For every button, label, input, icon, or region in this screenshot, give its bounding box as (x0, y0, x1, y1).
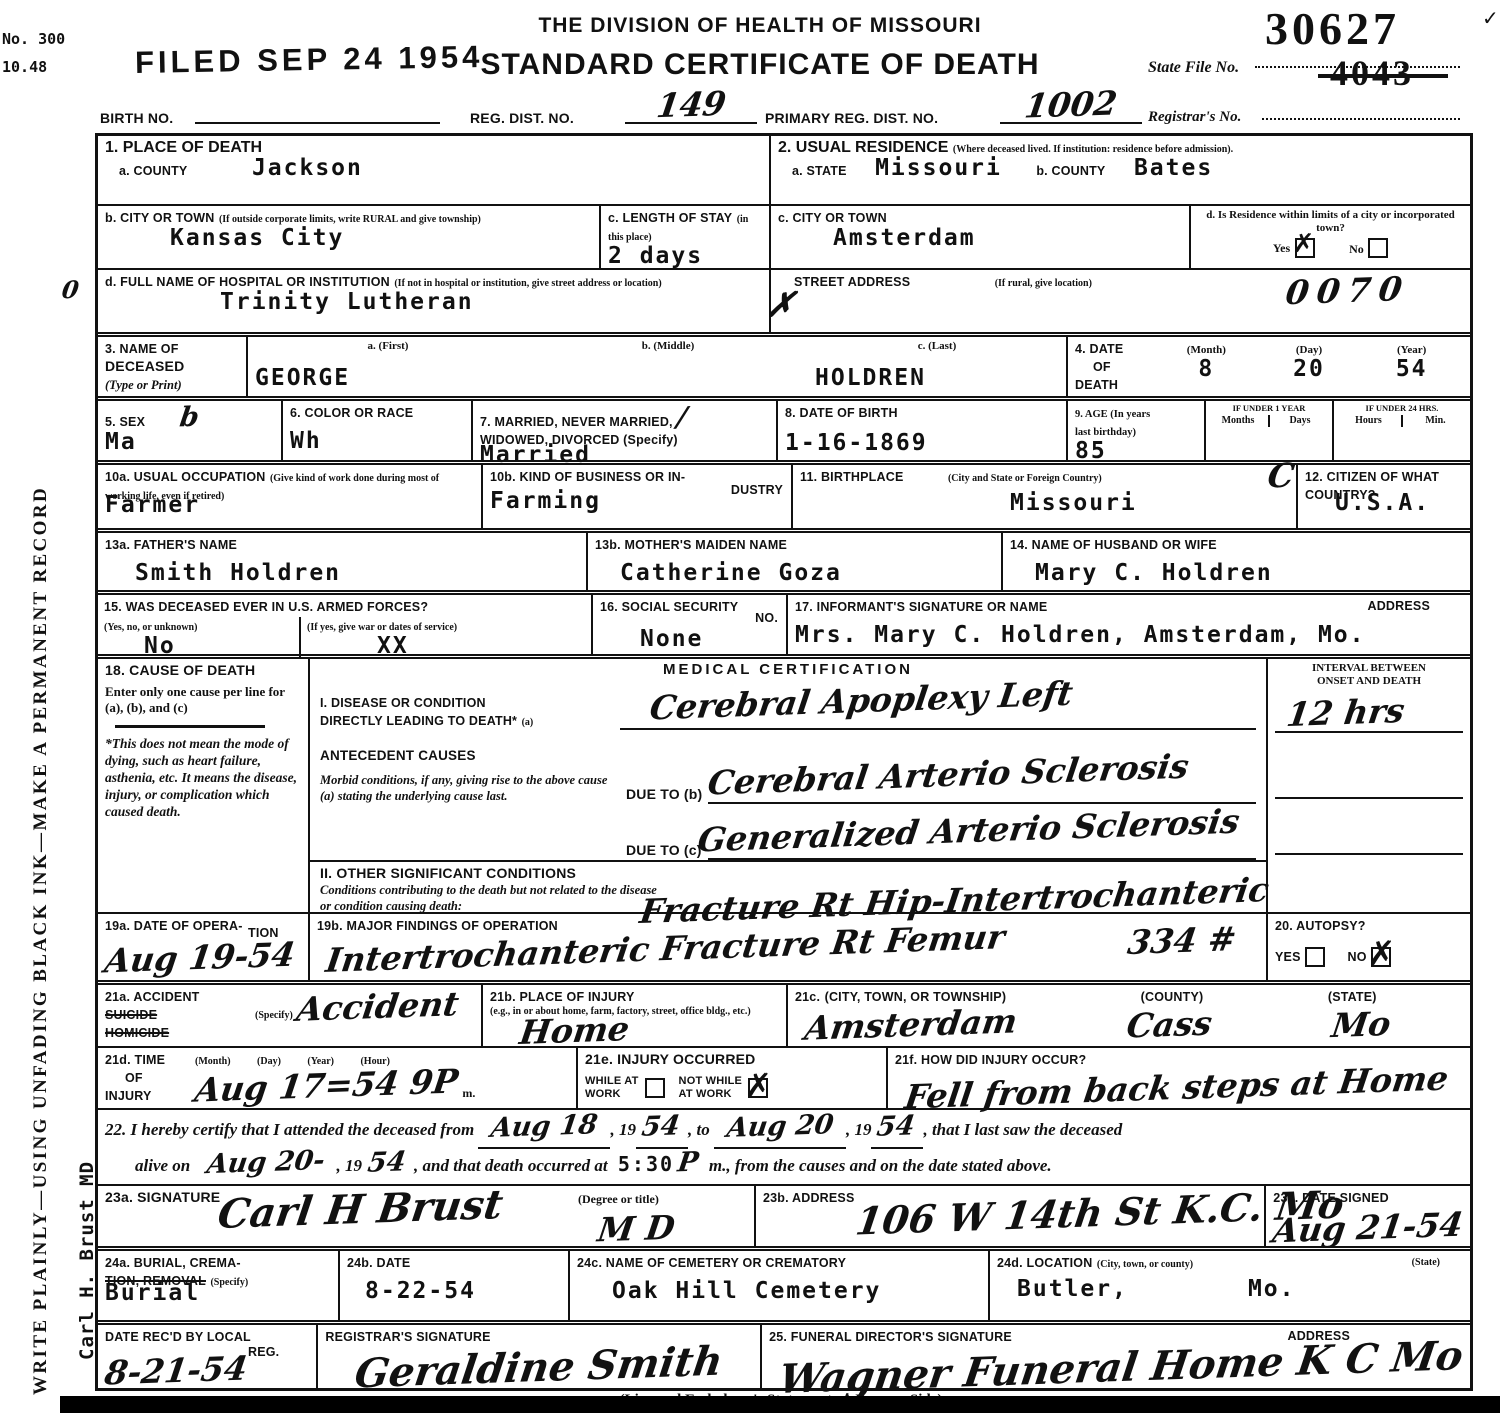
field-last-name: c. (Last) HOLDREN (808, 337, 1068, 396)
department-title: THE DIVISION OF HEALTH OF MISSOURI (500, 14, 1020, 38)
state-file-old-number: 4043 (1330, 52, 1414, 94)
residence-state-value: Missouri (875, 155, 1002, 181)
usual-residence-title: 2. USUAL RESIDENCE (778, 139, 948, 156)
birthplace-value: Missouri (1010, 492, 1289, 515)
margin-stray-mark: 0 (60, 278, 80, 303)
race-value: Wh (290, 430, 322, 453)
father-name-value: Smith Holdren (135, 562, 579, 585)
field-informant: 17. INFORMANT'S SIGNATURE OR NAME ADDRES… (788, 595, 1470, 654)
field-marital-status: 7. MARRIED, NEVER MARRIED, / WIDOWED, DI… (473, 401, 778, 460)
field-date-signed: 23c. DATE SIGNED Aug 21-54 (1266, 1186, 1470, 1246)
field-color-or-race: 6. COLOR OR RACE Wh (283, 401, 473, 460)
field-date-of-birth: 8. DATE OF BIRTH 1-16-1869 (778, 401, 1068, 460)
registrar-no-dotline (1262, 104, 1460, 120)
field-usual-occupation: 10a. USUAL OCCUPATION (Give kind of work… (98, 465, 483, 528)
field-residence-city: c. CITY OR TOWN Amsterdam (771, 206, 1191, 268)
operation-date-value: Aug 19-54 (103, 938, 297, 978)
field-time-of-injury: 21d. TIME OF INJURY (Month) (Day) (Year)… (98, 1048, 578, 1108)
cemetery-city-value: Butler, (1017, 1278, 1128, 1301)
field-place-of-injury: 21b. PLACE OF INJURY (e.g., in or about … (483, 985, 788, 1046)
death-time-ampm: P (676, 1149, 700, 1177)
armed-forces-war-value: XX (377, 635, 591, 658)
primary-reg-label: PRIMARY REG. DIST. NO. (765, 110, 938, 126)
field-cause-of-death-notes: 18. CAUSE OF DEATH Enter only one cause … (98, 659, 310, 912)
field-date-of-death: 4. DATE OF DEATH (Month) 8 (Day) 20 (Yea… (1068, 337, 1470, 396)
field-medical-certification: MEDICAL CERTIFICATION I. DISEASE OR COND… (310, 659, 1268, 912)
place-of-death-title: 1. PLACE OF DEATH (105, 139, 262, 156)
degree-value: M D (596, 1211, 677, 1247)
death-city-value: Kansas City (170, 225, 344, 251)
death-month-value: 8 (1155, 358, 1258, 381)
check-mark: ✓ (1482, 6, 1499, 30)
margin-instruction: WRITE PLAINLY—USING UNFADING BLACK INK—M… (30, 486, 52, 1395)
age-value: 85 (1075, 438, 1107, 464)
residence-county-value: Bates (1134, 155, 1213, 181)
field-sex: 5. SEX b Ma (98, 401, 283, 460)
reg-dist-value: 149 (625, 88, 757, 124)
street-address-value: 0070 (1284, 272, 1412, 310)
birth-no-blank (195, 122, 440, 124)
length-of-stay-value: 2 days (608, 243, 703, 269)
autopsy-no-checkbox: ✗ (1371, 947, 1391, 967)
form-revision: 10.48 (2, 58, 47, 76)
interval-value: 12 hrs (1285, 694, 1407, 731)
injury-county-value: Cass (1125, 1006, 1214, 1042)
field-injury-location: 21c. (CITY, TOWN, OR TOWNSHIP) (COUNTY) … (788, 985, 1470, 1046)
burial-date-value: 8-22-54 (365, 1280, 561, 1303)
field-how-injury-occurred: 21f. HOW DID INJURY OCCUR? Fell from bac… (888, 1048, 1470, 1108)
field-burial-type: 24a. BURIAL, CREMA- TION, REMOVAL (Speci… (98, 1251, 340, 1320)
form-number: No. 300 (2, 30, 65, 48)
medical-certification-title: MEDICAL CERTIFICATION (310, 661, 1266, 678)
state-file-label: State File No. (1148, 58, 1239, 78)
occupation-value: Farmer (105, 494, 474, 517)
citizen-value: U.S.A. (1335, 492, 1463, 515)
field-if-under-1-year: IF UNDER 1 YEAR Months Days (1206, 401, 1334, 460)
field-social-security: 16. SOCIAL SECURITY NO. None (593, 595, 788, 654)
field-father-name: 13a. FATHER'S NAME Smith Holdren (98, 533, 588, 590)
filed-stamp: FILED SEP 24 1954 (135, 39, 484, 81)
field-funeral-director: 25. FUNERAL DIRECTOR'S SIGNATURE ADDRESS… (762, 1325, 1470, 1388)
field-kind-of-business: 10b. KIND OF BUSINESS OR IN- Farming DUS… (483, 465, 793, 528)
cause-a-value: Cerebral Apoplexy Left (648, 677, 1075, 725)
attended-from-value: Aug 18 (489, 1111, 599, 1142)
reg-dist-label: REG. DIST. NO. (470, 110, 574, 126)
street-x-mark: ✗ (765, 287, 797, 321)
field-first-name: a. (First) GEORGE (248, 337, 528, 396)
how-injury-value: Fell from back steps at Home (903, 1061, 1451, 1113)
birthplace-stray-mark: C (1265, 458, 1296, 492)
field-accident-suicide-homicide: 21a. ACCIDENT SUICIDE HOMICIDE (Specify)… (98, 985, 483, 1046)
birth-no-label: BIRTH NO. (100, 110, 173, 126)
cause-c-value: Generalized Arterio Sclerosis (695, 805, 1241, 857)
autopsy-yes-checkbox (1305, 947, 1325, 967)
primary-reg-value: 1002 (1000, 88, 1142, 124)
county-value: Jackson (252, 155, 363, 181)
certificate-title: STANDARD CERTIFICATE OF DEATH (480, 48, 1040, 82)
mother-name-value: Catherine Goza (620, 562, 994, 585)
hospital-value: Trinity Lutheran (220, 289, 474, 315)
sex-stray-mark: b (178, 404, 201, 432)
death-time-value: 5:30 (618, 1152, 674, 1176)
field-injury-occurred: 21e. INJURY OCCURRED WHILE ATWORK NOT WH… (578, 1048, 888, 1108)
field-date-of-operation: 19a. DATE OF OPERA- TION Aug 19-54 (98, 914, 310, 980)
not-while-at-work-checkbox: ✗ (748, 1078, 768, 1098)
field-city-or-town-death: b. CITY OR TOWN (If outside corporate li… (98, 206, 601, 268)
field-husband-or-wife: 14. NAME OF HUSBAND OR WIFE Mary C. Hold… (1003, 533, 1470, 590)
place-of-injury-value: Home (518, 1012, 632, 1049)
cemetery-state-value: Mo. (1248, 1278, 1296, 1301)
registrar-signature-value: Geraldine Smith (353, 1341, 726, 1394)
field-name-of-deceased-label: 3. NAME OF DECEASED (Type or Print) (98, 337, 248, 396)
cause-b-value: Cerebral Arterio Sclerosis (706, 750, 1191, 800)
residence-limits-yes-checkbox: ✗ (1295, 238, 1315, 258)
field-cemetery-location: 24d. LOCATION (City, town, or county) (S… (990, 1251, 1470, 1320)
attended-from-year: 54 (640, 1112, 681, 1140)
ssn-value: None (640, 628, 779, 651)
death-day-value: 20 (1258, 358, 1361, 381)
field-mother-maiden-name: 13b. MOTHER'S MAIDEN NAME Catherine Goza (588, 533, 1003, 590)
attended-to-year: 54 (876, 1112, 917, 1140)
marital-stray-mark: / (675, 404, 689, 431)
field-autopsy: 20. AUTOPSY? YES NO ✗ (1268, 914, 1470, 980)
injury-time-value: Aug 17=54 9P (193, 1064, 460, 1106)
armed-forces-value: No (144, 635, 299, 658)
field-birthplace: 11. BIRTHPLACE (City and State or Foreig… (793, 465, 1298, 528)
field-age: 9. AGE (In years last birthday) 85 (1068, 401, 1206, 460)
scan-edge-bar (60, 1396, 1500, 1413)
first-name-value: GEORGE (255, 367, 521, 390)
death-certificate-scan: No. 300 10.48 WRITE PLAINLY—USING UNFADI… (0, 0, 1500, 1413)
sex-value: Ma (105, 429, 137, 455)
field-street-address: ✗ STREET ADDRESS (If rural, give locatio… (771, 270, 1470, 332)
last-seen-alive-value: Aug 20- (205, 1147, 326, 1178)
while-at-work-checkbox (645, 1078, 665, 1098)
marital-value: Married (480, 444, 591, 467)
cemetery-value: Oak Hill Cemetery (612, 1280, 981, 1303)
death-year-value: 54 (1360, 358, 1463, 381)
residence-city-value: Amsterdam (833, 225, 976, 251)
field-interval-onset-death: INTERVAL BETWEEN ONSET AND DEATH 12 hrs (1268, 659, 1470, 912)
last-seen-alive-year: 54 (366, 1149, 407, 1177)
physician-signature-value: Carl H Brust (215, 1185, 505, 1235)
spouse-name-value: Mary C. Holdren (1035, 562, 1463, 585)
certificate-grid: 1. PLACE OF DEATH a. COUNTY Jackson 2. U… (95, 133, 1473, 1391)
field-if-under-24-hrs: IF UNDER 24 HRS. Hours Min. (1334, 401, 1470, 460)
field-hospital-name: d. FULL NAME OF HOSPITAL OR INSTITUTION … (98, 270, 771, 332)
birth-date-value: 1-16-1869 (785, 432, 928, 455)
attended-to-value: Aug 20 (725, 1111, 835, 1142)
field-place-of-death-county: 1. PLACE OF DEATH a. COUNTY Jackson (98, 136, 771, 204)
field-burial-date: 24b. DATE 8-22-54 (340, 1251, 570, 1320)
field-length-of-stay: c. LENGTH OF STAY (in this place) 2 days (601, 206, 771, 268)
field-middle-name: b. (Middle) (528, 337, 808, 396)
field-citizen-country: 12. CITIZEN OF WHAT COUNTRY? U.S.A. (1298, 465, 1470, 528)
strike-line (1318, 74, 1448, 78)
field-usual-residence: 2. USUAL RESIDENCE (Where deceased lived… (771, 136, 1470, 204)
funeral-director-value: Wagner Funeral Home K C Mo (777, 1336, 1466, 1400)
field-certify-statement: 22. I hereby certify that I attended the… (98, 1110, 1470, 1184)
date-received-value: 8-21-54 (103, 1351, 250, 1389)
field-date-received: DATE REC'D BY LOCAL REG. 8-21-54 (98, 1325, 318, 1388)
residence-limits-no-checkbox (1368, 238, 1388, 258)
field-armed-forces: 15. WAS DECEASED EVER IN U.S. ARMED FORC… (98, 595, 593, 654)
injury-state-value: Mo (1330, 1007, 1393, 1042)
field-cemetery-name: 24c. NAME OF CEMETERY OR CREMATORY Oak H… (570, 1251, 990, 1320)
field-physician-address: 23b. ADDRESS 106 W 14th St K.C. Mo (756, 1186, 1266, 1246)
field-major-findings: 19b. MAJOR FINDINGS OF OPERATION Intertr… (310, 914, 1268, 980)
field-physician-signature: 23a. SIGNATURE Carl H Brust (Degree or t… (98, 1186, 756, 1246)
accident-value: Accident (295, 987, 461, 1026)
informant-value: Mrs. Mary C. Holdren, Amsterdam, Mo. (795, 624, 1463, 647)
registrar-no-label: Registrar's No. (1148, 108, 1241, 127)
date-signed-value: Aug 21-54 (1271, 1208, 1465, 1248)
injury-city-value: Amsterdam (803, 1004, 1020, 1045)
field-residence-within-limits: d. Is Residence within limits of a city … (1191, 206, 1470, 268)
last-name-value: HOLDREN (815, 367, 1059, 390)
major-findings-number: 334 # (1126, 922, 1239, 959)
field-registrar-signature: REGISTRAR'S SIGNATURE Geraldine Smith (318, 1325, 762, 1388)
certificate-number-stamp: 30627 (1265, 2, 1400, 55)
